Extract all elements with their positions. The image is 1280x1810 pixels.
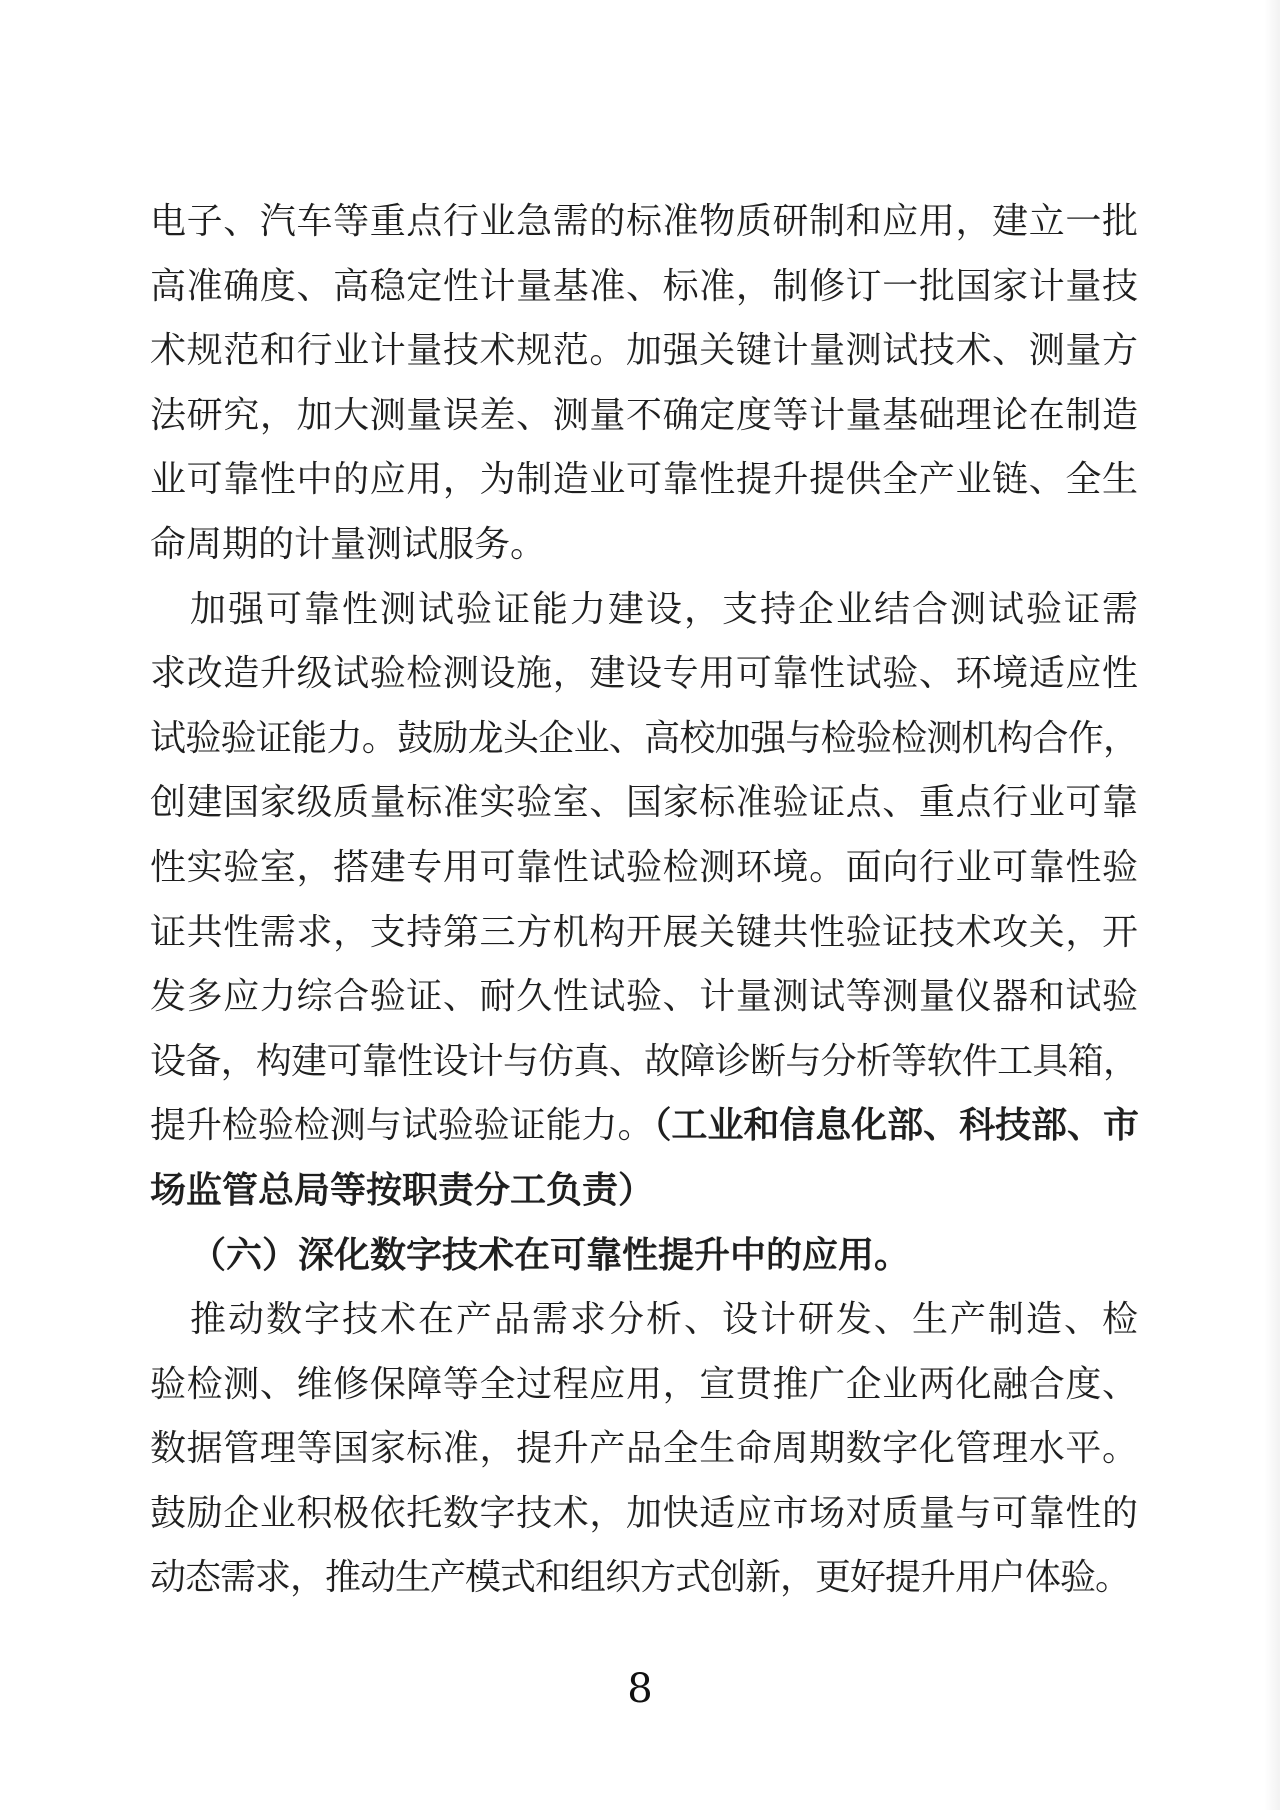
text-line: 发多应力综合验证、耐久性试验、计量测试等测量仪器和试验: [150, 964, 1138, 1029]
text-line: 验检测、维修保障等全过程应用，宣贯推广企业两化融合度、: [150, 1352, 1138, 1417]
text-line: 数据管理等国家标准，提升产品全生命周期数字化管理水平。: [150, 1416, 1138, 1481]
text-line: 推动数字技术在产品需求分析、设计研发、生产制造、检: [150, 1287, 1138, 1352]
page-number: 8: [0, 1666, 1280, 1712]
text-line: 命周期的计量测试服务。: [150, 512, 1138, 577]
text-line: 高准确度、高稳定性计量基准、标准，制修订一批国家计量技: [150, 254, 1138, 319]
responsibility-note-start: （工业和信息化部、科技部、市: [653, 1105, 1138, 1145]
text-line: 提升检验检测与试验验证能力。（工业和信息化部、科技部、市: [150, 1093, 1138, 1158]
scan-shading: [1264, 0, 1280, 1810]
text-line: 试验验证能力。鼓励龙头企业、高校加强与检验检测机构合作，: [150, 706, 1138, 771]
text-line: 术规范和行业计量技术规范。加强关键计量测试技术、测量方: [150, 318, 1138, 383]
text-line: 创建国家级质量标准实验室、国家标准验证点、重点行业可靠: [150, 770, 1138, 835]
responsibility-note-end: 场监管总局等按职责分工负责）: [150, 1158, 1138, 1223]
text-line: 电子、汽车等重点行业急需的标准物质研制和应用，建立一批: [150, 189, 1138, 254]
text-line: 业可靠性中的应用，为制造业可靠性提升提供全产业链、全生: [150, 447, 1138, 512]
text-line: 法研究，加大测量误差、测量不确定度等计量基础理论在制造: [150, 383, 1138, 448]
text-run: 提升检验检测与试验验证能力。: [150, 1105, 653, 1145]
text-line: 证共性需求，支持第三方机构开展关键共性验证技术攻关，开: [150, 900, 1138, 965]
text-line: 性实验室，搭建专用可靠性试验检测环境。面向行业可靠性验: [150, 835, 1138, 900]
text-line: 设备，构建可靠性设计与仿真、故障诊断与分析等软件工具箱，: [150, 1029, 1138, 1094]
text-line: 动态需求，推动生产模式和组织方式创新，更好提升用户体验。: [150, 1545, 1138, 1610]
text-line: 鼓励企业积极依托数字技术，加快适应市场对质量与可靠性的: [150, 1481, 1138, 1546]
section-heading: （六）深化数字技术在可靠性提升中的应用。: [150, 1223, 1138, 1288]
text-line: 加强可靠性测试验证能力建设，支持企业结合测试验证需: [150, 577, 1138, 642]
text-line: 求改造升级试验检测设施，建设专用可靠性试验、环境适应性: [150, 641, 1138, 706]
document-body: 电子、汽车等重点行业急需的标准物质研制和应用，建立一批 高准确度、高稳定性计量基…: [150, 189, 1138, 1610]
